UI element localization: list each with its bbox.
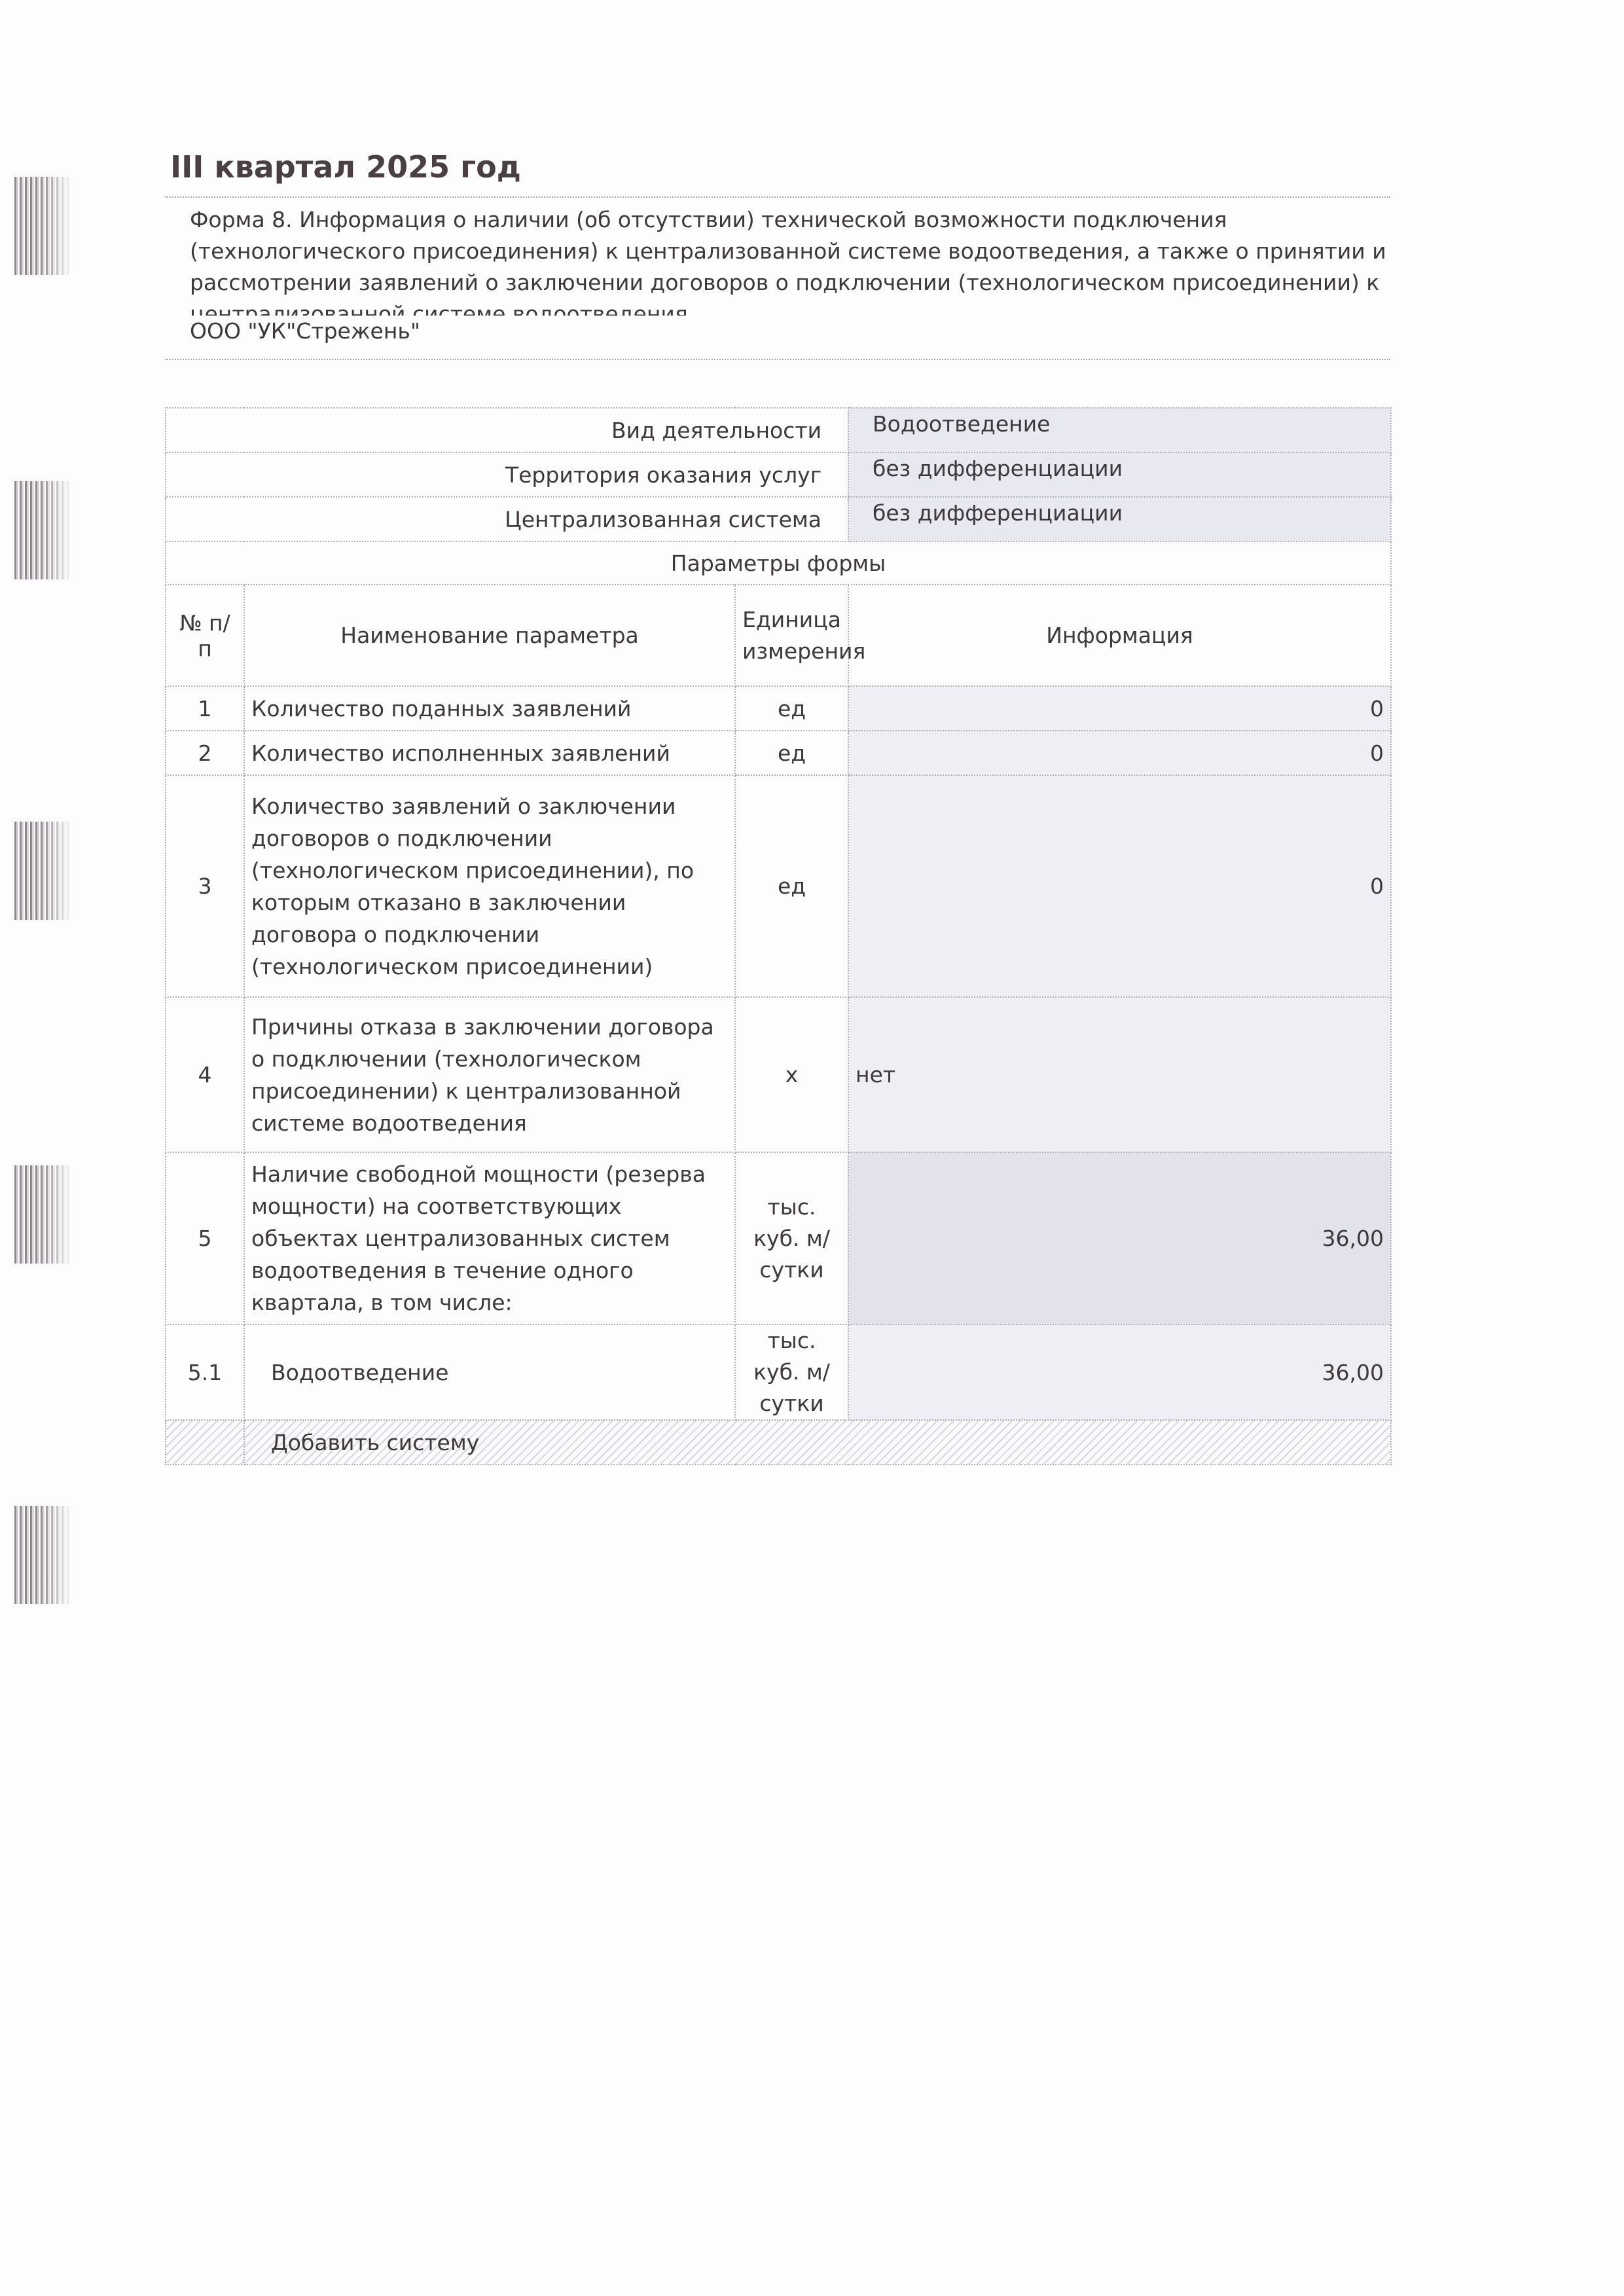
- page-title: III квартал 2025 год: [170, 149, 521, 185]
- row-unit: ед: [735, 775, 848, 997]
- row-num: 3: [166, 775, 244, 997]
- meta-label: Вид деятельности: [166, 408, 848, 452]
- scan-artifact: [14, 481, 73, 579]
- row-num: 5: [166, 1152, 244, 1324]
- row-unit: x: [735, 997, 848, 1152]
- table-header: № п/п Наименование параметра Единица изм…: [166, 585, 1391, 686]
- form-description: Форма 8. Информация о наличии (об отсутс…: [190, 204, 1388, 316]
- row-num: 1: [166, 686, 244, 731]
- row-unit: тыс. куб. м/сутки: [735, 1324, 848, 1420]
- meta-row: Вид деятельности Водоотведение: [166, 408, 1391, 452]
- organization-name: ООО "УК"Стрежень": [190, 318, 420, 344]
- form-table: Вид деятельности Водоотведение Территори…: [165, 407, 1392, 1465]
- table-row: 3 Количество заявлений о заключении дого…: [166, 775, 1391, 997]
- meta-row: Территория оказания услуг без дифференци…: [166, 452, 1391, 497]
- scan-artifact: [14, 177, 73, 275]
- table-row: 4 Причины отказа в заключении договора о…: [166, 997, 1391, 1152]
- row-name: Количество исполненных заявлений: [244, 731, 735, 775]
- meta-label: Территория оказания услуг: [166, 452, 848, 497]
- meta-label: Централизованная система: [166, 497, 848, 541]
- row-info-value: 36,00: [848, 1152, 1391, 1324]
- row-num: 4: [166, 997, 244, 1152]
- section-title: Параметры формы: [166, 541, 1391, 585]
- row-num: 2: [166, 731, 244, 775]
- table-row: 1 Количество поданных заявлений ед 0: [166, 686, 1391, 731]
- column-header-name: Наименование параметра: [244, 585, 735, 686]
- row-name: Наличие свободной мощности (резерва мощн…: [244, 1152, 735, 1324]
- divider: [165, 196, 1390, 198]
- row-name: Количество заявлений о заключении догово…: [244, 775, 735, 997]
- row-unit: ед: [735, 686, 848, 731]
- row-name: Количество поданных заявлений: [244, 686, 735, 731]
- scan-artifact: [14, 1506, 73, 1604]
- row-info-input[interactable]: 0: [848, 686, 1391, 731]
- row-name: Водоотведение: [244, 1324, 735, 1420]
- column-header-num: № п/п: [166, 585, 244, 686]
- table-row: 5 Наличие свободной мощности (резерва мо…: [166, 1152, 1391, 1324]
- divider: [165, 359, 1390, 360]
- table-row: 5.1 Водоотведение тыс. куб. м/сутки 36,0…: [166, 1324, 1391, 1420]
- row-info-input[interactable]: 0: [848, 775, 1391, 997]
- row-info-input[interactable]: нет: [848, 997, 1391, 1152]
- column-header-unit: Единица измерения: [735, 585, 848, 686]
- territory-field[interactable]: без дифференциации: [848, 452, 1391, 497]
- scan-artifact: [14, 1165, 73, 1264]
- row-info-input[interactable]: 36,00: [848, 1324, 1391, 1420]
- centralized-system-field[interactable]: без дифференциации: [848, 497, 1391, 541]
- row-unit: ед: [735, 731, 848, 775]
- column-header-info: Информация: [848, 585, 1391, 686]
- table-row: 2 Количество исполненных заявлений ед 0: [166, 731, 1391, 775]
- row-info-input[interactable]: 0: [848, 731, 1391, 775]
- activity-type-field[interactable]: Водоотведение: [848, 408, 1391, 452]
- add-system-button[interactable]: Добавить систему: [244, 1420, 1391, 1465]
- row-unit: тыс. куб. м/сутки: [735, 1152, 848, 1324]
- row-num: 5.1: [166, 1324, 244, 1420]
- add-system-row: Добавить систему: [166, 1420, 1391, 1465]
- scan-artifact: [14, 822, 73, 920]
- meta-row: Централизованная система без дифференциа…: [166, 497, 1391, 541]
- row-name: Причины отказа в заключении договора о п…: [244, 997, 735, 1152]
